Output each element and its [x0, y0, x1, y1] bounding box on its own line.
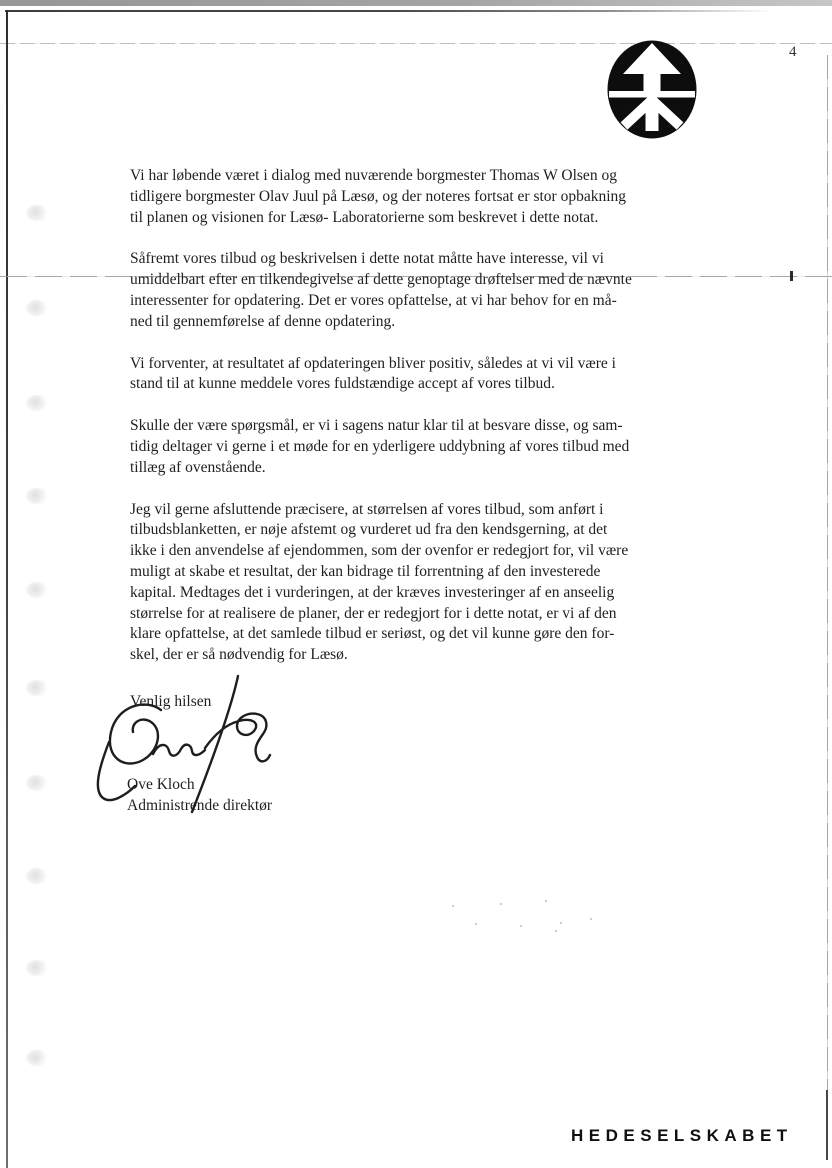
scan-right-border-line: [827, 55, 828, 1090]
letter-paragraph: Vi forventer, at resultatet af opdaterin…: [130, 354, 730, 396]
signer-name: Ove Kloch: [127, 776, 195, 794]
scan-speck: [555, 930, 557, 932]
signer-title: Administrende direktør: [127, 797, 272, 815]
scan-speck: [590, 918, 592, 920]
scan-smudge: [26, 960, 48, 976]
hedeselskabet-logo-icon: [607, 40, 697, 139]
scan-smudge: [26, 205, 48, 221]
scanned-letter-page: 4 Vi har løbende været i dialog med nuvæ…: [0, 0, 832, 1168]
scan-smudge: [26, 868, 48, 884]
scan-speck: [520, 925, 522, 927]
page-number: 4: [789, 44, 797, 61]
scan-smudge: [26, 300, 48, 316]
scan-smudge: [26, 488, 48, 504]
scan-speck: [475, 923, 477, 925]
footer-brand: HEDESELSKABET: [571, 1126, 793, 1146]
scan-smudge: [26, 1050, 48, 1066]
letter-paragraph: Skulle der være spørgsmål, er vi i sagen…: [130, 416, 730, 478]
scan-speck: [560, 922, 562, 924]
scan-smudge: [26, 395, 48, 411]
letter-body: Vi har løbende været i dialog med nuvære…: [130, 166, 730, 687]
scan-left-border-line: [6, 10, 8, 1168]
scan-right-border-line-dark: [826, 1090, 828, 1160]
scan-fold-tick: [790, 271, 793, 281]
scan-speck: [500, 903, 502, 905]
letter-paragraph: Såfremt vores tilbud og beskrivelsen i d…: [130, 249, 730, 332]
scan-smudge: [26, 582, 48, 598]
scan-speck: [545, 900, 547, 902]
scan-speck: [452, 905, 454, 907]
letter-paragraph: Jeg vil gerne afsluttende præcisere, at …: [130, 500, 730, 666]
letter-paragraph: Vi har løbende været i dialog med nuvære…: [130, 166, 730, 228]
scan-top-border-line: [5, 10, 773, 12]
scan-top-edge: [0, 0, 832, 6]
scan-faint-line: [0, 43, 832, 44]
scan-smudge: [26, 775, 48, 791]
scan-smudge: [26, 680, 48, 696]
